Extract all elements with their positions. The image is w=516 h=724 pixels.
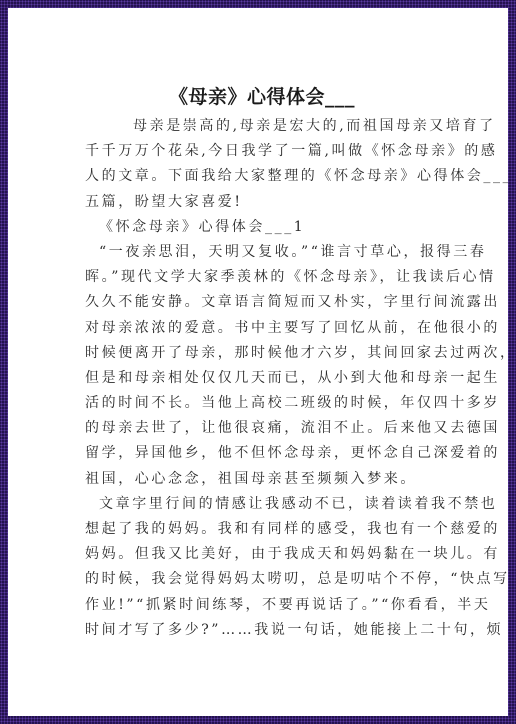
paragraph-line: 五篇，盼望大家喜爱! — [85, 190, 435, 215]
document-page: 《母亲》心得体会___ 母亲是崇高的,母亲是宏大的,而祖国母亲又培育了 千千万万… — [8, 8, 508, 716]
document-body: 母亲是崇高的,母亲是宏大的,而祖国母亲又培育了 千千万万个花朵,今日我学了一篇,… — [85, 114, 435, 643]
paragraph-line: 时间才写了多少?”……我说一句话，她能接上二十句，烦 — [85, 618, 435, 643]
paragraph-line: 但是和母亲相处仅仅几天而已，从小到大他和母亲一起生 — [85, 366, 435, 391]
paragraph-line: “一夜亲思泪，天明又复收。”“谁言寸草心，报得三春 — [85, 240, 435, 265]
paragraph-line: 母亲是崇高的,母亲是宏大的,而祖国母亲又培育了 — [85, 114, 435, 139]
paragraph-line: 千千万万个花朵,今日我学了一篇,叫做《怀念母亲》的感 — [85, 139, 435, 164]
page-title: 《母亲》心得体会___ — [8, 82, 508, 109]
paragraph-line: 晖。”现代文学大家季羡林的《怀念母亲》，让我读后心情 — [85, 265, 435, 290]
paragraph-line: 文章字里行间的情感让我感动不已，读着读着我不禁也 — [85, 492, 435, 517]
paragraph-line: 祖国，心心念念，祖国母亲甚至频频入梦来。 — [85, 467, 435, 492]
paragraph-line: 妈妈。但我又比美好，由于我成天和妈妈黏在一块儿。有 — [85, 542, 435, 567]
paragraph-line: 想起了我的妈妈。我和有同样的感受，我也有一个慈爱的 — [85, 517, 435, 542]
section-heading: 《怀念母亲》心得体会___1 — [85, 215, 435, 240]
paragraph-line: 的时候，我会觉得妈妈太唠叨，总是叨咕个不停，“快点写 — [85, 567, 435, 592]
paragraph-line: 留学，异国他乡，他不但怀念母亲，更怀念自己深爱着的 — [85, 441, 435, 466]
paragraph-line: 人的文章。下面我给大家整理的《怀念母亲》心得体会___ — [85, 164, 435, 189]
paragraph-line: 作业!”“抓紧时间练琴，不要再说话了。”“你看看，半天 — [85, 593, 435, 618]
paragraph-line: 对母亲浓浓的爱意。书中主要写了回忆从前，在他很小的 — [85, 316, 435, 341]
paragraph-line: 活的时间不长。当他上高校二班级的时候，年仅四十多岁 — [85, 391, 435, 416]
paragraph-line: 时候便离开了母亲，那时候他才六岁，其间回家去过两次， — [85, 341, 435, 366]
paragraph-line: 久久不能安静。文章语言简短而又朴实，字里行间流露出 — [85, 290, 435, 315]
paragraph-line: 的母亲去世了，让他很哀痛，流泪不止。后来他又去德国 — [85, 416, 435, 441]
